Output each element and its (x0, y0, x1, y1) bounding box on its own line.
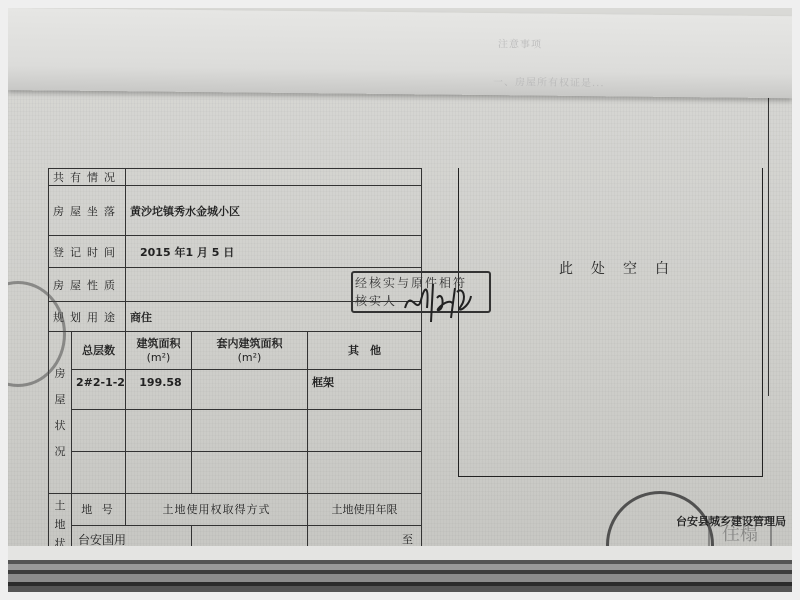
registration-time-label: 登记时间 (49, 236, 126, 268)
location-value: 黄沙坨镇秀水金城小区 (126, 186, 422, 236)
floors-cell (72, 452, 126, 494)
property-info-table: 共有情况 房屋坐落 黄沙坨镇秀水金城小区 登记时间 2015 年1 月 5 日 … (48, 168, 422, 574)
land-status-char: 地 (55, 518, 66, 531)
parcel-line-1: 台安国用 (78, 533, 126, 547)
land-term-header: 土地使用年限 (308, 494, 422, 526)
co-ownership-row: 共有情况 (49, 169, 422, 186)
term-to-text: 至 (402, 533, 413, 546)
house-status-char: 状 (55, 419, 66, 432)
blank-area-box: 此处空白 (458, 168, 763, 477)
floor-area-header: 建筑面积 (m²) (126, 332, 192, 370)
table-row (49, 452, 422, 494)
other-cell (308, 410, 422, 452)
folded-page-edge: 注意事项 一、房屋所有权证是... (8, 8, 792, 98)
registration-time-value: 2015 年1 月 5 日 (126, 236, 422, 268)
land-status-header-row: 土 地 状 况 地 号 土地使用权取得方式 土地使用年限 (49, 494, 422, 526)
house-status-char: 屋 (55, 393, 66, 406)
co-ownership-label: 共有情况 (49, 169, 126, 186)
location-label: 房屋坐落 (49, 186, 126, 236)
location-row: 房屋坐落 黄沙坨镇秀水金城小区 (49, 186, 422, 236)
inner-area-header: 套内建筑面积 (m²) (192, 332, 308, 370)
page-border-line (768, 96, 769, 396)
house-status-char: 房 (55, 367, 66, 380)
inner-area-cell (192, 370, 308, 410)
floors-cell (72, 410, 126, 452)
other-cell (308, 452, 422, 494)
inner-area-header-text: 套内建筑面积 (217, 337, 283, 350)
inner-area-unit: (m²) (238, 351, 262, 364)
acquisition-method-header: 土地使用权取得方式 (126, 494, 308, 526)
registration-time-row: 登记时间 2015 年1 月 5 日 (49, 236, 422, 268)
house-nature-label: 房屋性质 (49, 268, 126, 302)
table-row (49, 410, 422, 452)
land-status-char: 土 (55, 499, 66, 512)
floor-area-header-text: 建筑面积 (137, 337, 181, 350)
fold-header-text-2: 一、房屋所有权证是... (493, 73, 605, 89)
certificate-page: 共有情况 房屋坐落 黄沙坨镇秀水金城小区 登记时间 2015 年1 月 5 日 … (8, 86, 792, 556)
parcel-number-header: 地 号 (72, 494, 126, 526)
house-status-header-row: 房 屋 状 况 总层数 建筑面积 (m²) 套内建筑面积 (m²) 其 他 (49, 332, 422, 370)
floors-header: 总层数 (72, 332, 126, 370)
signature (403, 278, 473, 328)
table-row: 2#2-1-2 199.58 框架 (49, 370, 422, 410)
inner-area-cell (192, 410, 308, 452)
document-photo: 共有情况 房屋坐落 黄沙坨镇秀水金城小区 登记时间 2015 年1 月 5 日 … (8, 8, 792, 592)
inner-area-cell (192, 452, 308, 494)
floors-cell: 2#2-1-2 (72, 370, 126, 410)
binder-edge (8, 546, 792, 592)
blank-notice: 此处空白 (559, 258, 687, 278)
house-status-char: 况 (55, 445, 66, 458)
other-cell: 框架 (308, 370, 422, 410)
floor-area-cell (126, 452, 192, 494)
issuer-name: 台安县城乡建设管理局 (676, 513, 786, 529)
other-header: 其 他 (308, 332, 422, 370)
floor-area-cell (126, 410, 192, 452)
verification-stamp-line2: 核实人 (355, 292, 397, 309)
floor-area-unit: (m²) (147, 351, 171, 364)
co-ownership-value (126, 169, 422, 186)
floor-area-cell: 199.58 (126, 370, 192, 410)
fold-header-text-1: 注意事项 (498, 35, 542, 50)
